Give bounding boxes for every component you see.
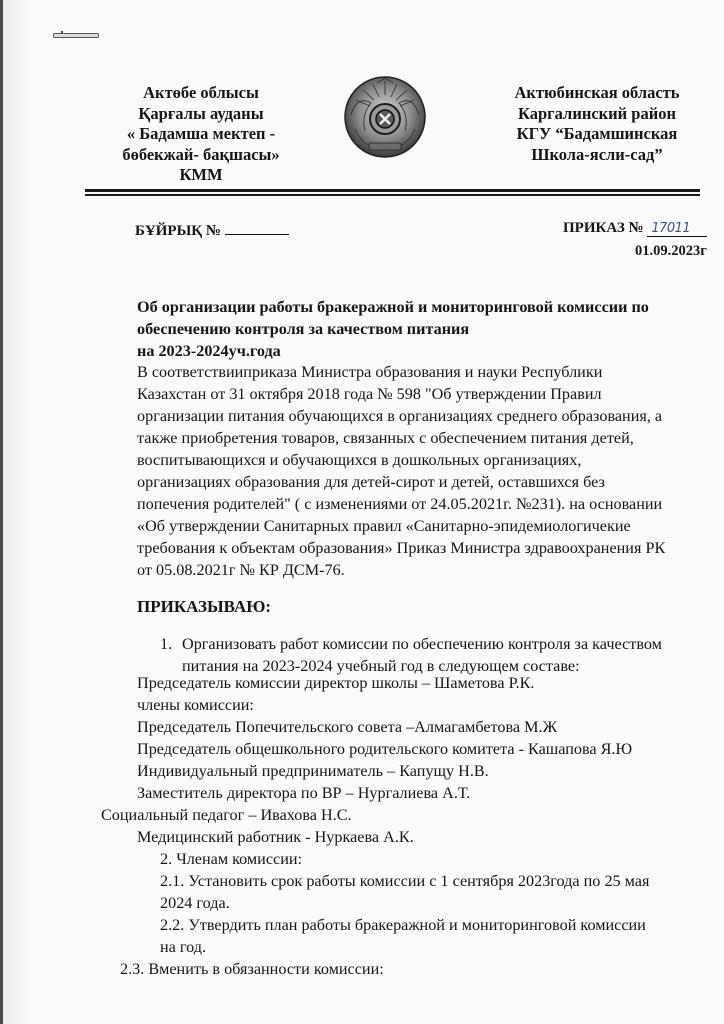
committee-member: Социальный педагог – Ивахова Н.С. xyxy=(101,806,352,825)
preamble-line: «Об утверждении Санитарных правил «Санит… xyxy=(137,515,717,537)
title-line: Об организации работы бракеражной и мони… xyxy=(137,296,717,318)
order-item-2-heading: 2. Членам комиссии: xyxy=(160,850,302,869)
preamble-line: организации питания обучающихся в органи… xyxy=(137,405,717,427)
header-kz-line: « Бадамша мектеп - xyxy=(96,124,306,145)
order-directive-heading: ПРИКАЗЫВАЮ: xyxy=(137,597,271,617)
header-ru-line: Каргалинский район xyxy=(486,104,708,125)
subitem-2-2-cont: на год. xyxy=(160,938,206,957)
preamble-line: В соответствииприказа Министра образован… xyxy=(137,361,717,383)
committee-member: Индивидуальный предприниматель – Капущу … xyxy=(137,762,489,781)
order-date: 01.09.2023г xyxy=(635,243,707,260)
preamble: В соответствииприказа Министра образован… xyxy=(137,361,717,581)
order-number-ru: ПРИКАЗ № 17011 xyxy=(563,220,707,237)
header-divider-thick xyxy=(85,189,700,192)
committee-member: Медицинский работник - Нуркаева А.К. xyxy=(137,828,414,847)
preamble-line: воспитывающихся и обучающихся в дошкольн… xyxy=(137,449,717,471)
header-kz-line: Актөбе облысы xyxy=(96,83,306,104)
header-divider-thin xyxy=(85,194,700,196)
header-kz-line: Қарғалы ауданы xyxy=(96,104,306,125)
scan-shadow xyxy=(3,0,33,1024)
committee-chair: Председатель комиссии директор школы – Ш… xyxy=(137,674,534,693)
header-kz-line: КММ xyxy=(96,165,306,186)
header-ru-line: КГУ “Бадамшинская xyxy=(486,124,708,145)
title-line: на 2023-2024уч.года xyxy=(137,340,717,362)
header-kz-line: бөбекжай- бақшасы» xyxy=(96,145,306,166)
order-ru-label: ПРИКАЗ № xyxy=(563,220,644,236)
order-kz-blank-field xyxy=(225,220,289,235)
preamble-line: Казахстан от 31 октября 2018 года № 598 … xyxy=(137,383,717,405)
item-number: 1. xyxy=(160,633,172,655)
header-kazakh: Актөбе облысы Қарғалы ауданы « Бадамша м… xyxy=(96,83,306,186)
order-ru-handwritten-number: 17011 xyxy=(647,221,707,237)
preamble-line: попечения родителей" ( с изменениями от … xyxy=(137,493,717,515)
item-line: Организовать работ комиссии по обеспечен… xyxy=(182,633,662,655)
title-line: обеспечению контроля за качеством питани… xyxy=(137,318,717,340)
order-title: Об организации работы бракеражной и мони… xyxy=(137,296,717,362)
subitem-2-1: 2.1. Установить срок работы комиссии с 1… xyxy=(160,872,649,891)
subitem-2-3: 2.3. Вменить в обязанности комиссии: xyxy=(120,960,384,979)
subitem-2-2: 2.2. Утвердить план работы бракеражной и… xyxy=(160,916,646,935)
preamble-line: организациях образования для детей-сирот… xyxy=(137,471,717,493)
staple-dot xyxy=(61,31,63,33)
header-ru-line: Школа-ясли-сад” xyxy=(486,145,708,166)
committee-member: Председатель общешкольного родительского… xyxy=(137,740,632,759)
preamble-line: требования к объектам образования» Прика… xyxy=(137,537,717,559)
order-number-kz: БҰЙРЫҚ № xyxy=(135,220,289,240)
order-kz-label: БҰЙРЫҚ № xyxy=(135,223,221,239)
header-russian: Актюбинская область Каргалинский район К… xyxy=(486,83,708,165)
state-emblem-icon xyxy=(343,75,427,159)
committee-member: Заместитель директора по ВР – Нургалиева… xyxy=(137,784,470,803)
staple-mark xyxy=(53,33,99,38)
committee-member: Председатель Попечительского совета –Алм… xyxy=(137,718,557,737)
committee-members-label: члены комиссии: xyxy=(137,696,254,715)
subitem-2-1-cont: 2024 года. xyxy=(160,894,230,913)
preamble-line: от 05.08.2021г № КР ДСМ-76. xyxy=(137,559,717,581)
preamble-line: также приобретения товаров, связанных с … xyxy=(137,427,717,449)
header-ru-line: Актюбинская область xyxy=(486,83,708,104)
